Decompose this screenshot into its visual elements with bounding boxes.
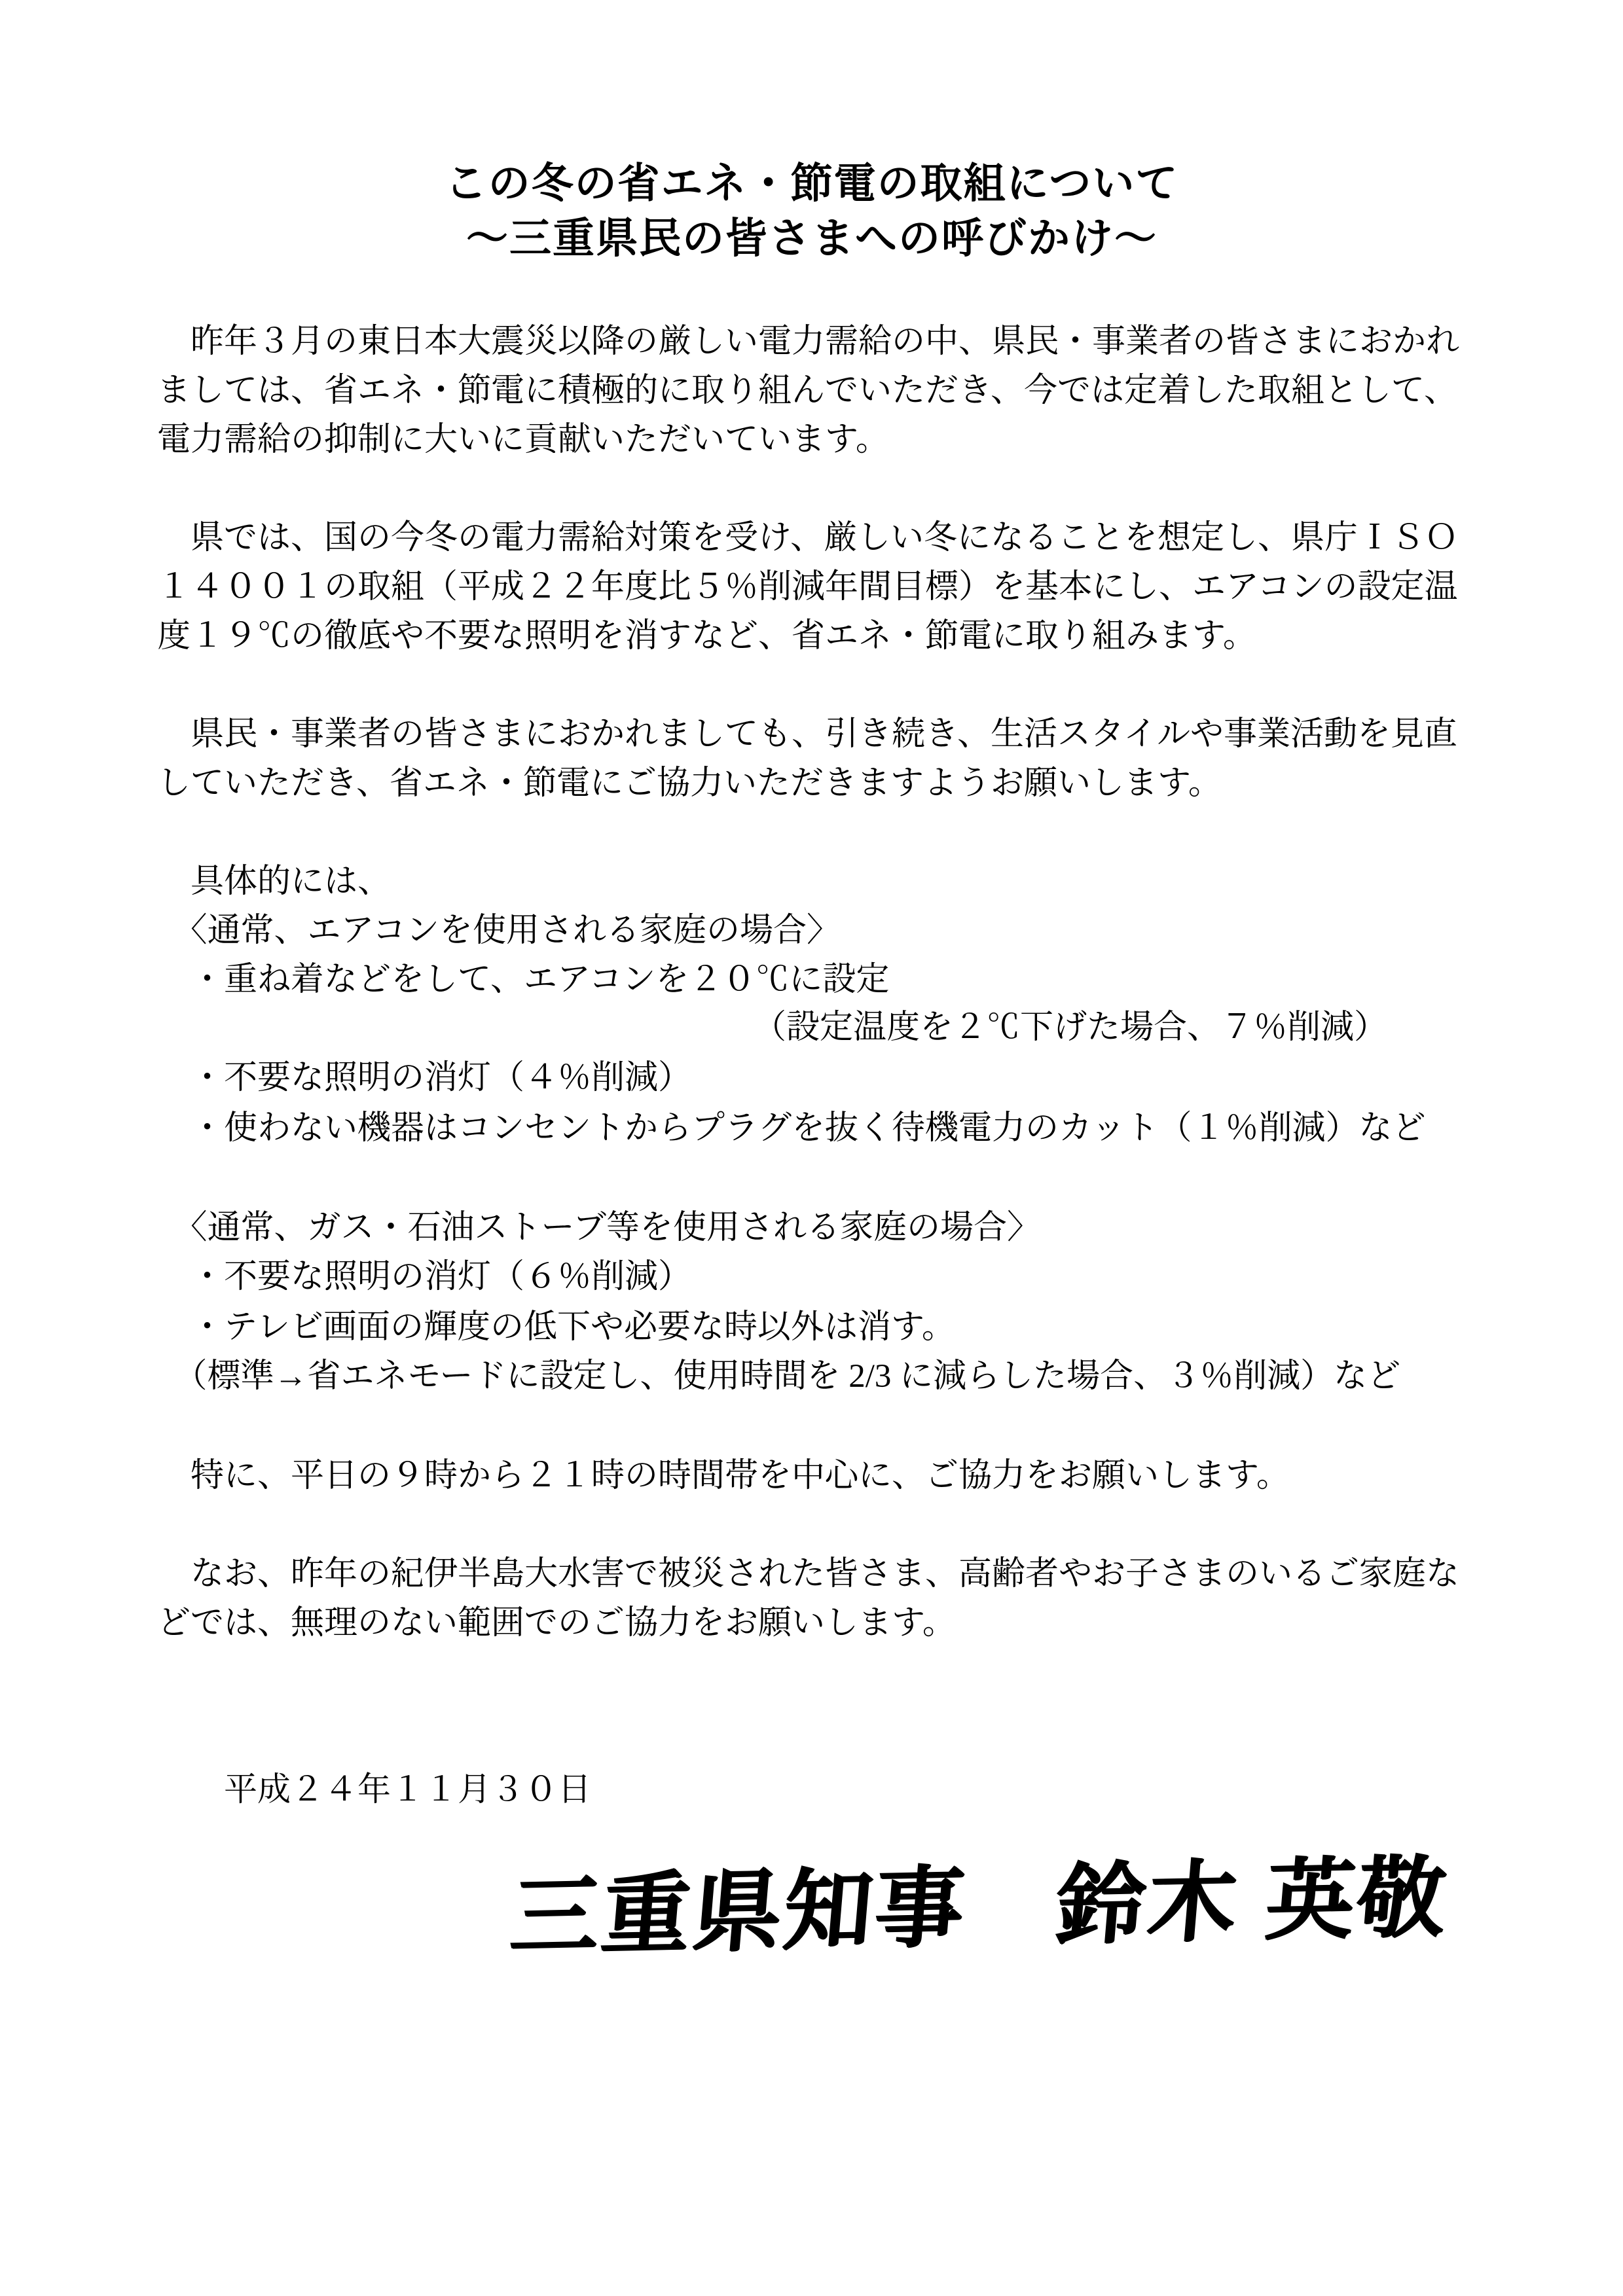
aircon-lights-note: （４％削減） (491, 1060, 691, 1096)
paragraph-consideration: なお、昨年の紀伊半島大水害で被災された皆さま、高齢者やお子さまのいるご家庭などで… (157, 1549, 1467, 1647)
paragraph-peak-hours: 特に、平日の９時から２１時の時間帯を中心に、ご協力をお願いします。 (157, 1450, 1467, 1499)
title-line-2: ～三重県民の皆さまへの呼びかけ～ (466, 215, 1158, 262)
document-body: 昨年３月の東日本大震災以降の厳しい電力需給の中、県民・事業者の皆さまにおかれまし… (157, 316, 1467, 1974)
stove-case-heading: 〈通常、ガス・石油ストーブ等を使用される家庭の場合〉 (157, 1202, 1467, 1251)
document-title: この冬の省エネ・節電の取組について ～三重県民の皆さまへの呼びかけ～ (157, 156, 1467, 266)
document-content: この冬の省エネ・節電の取組について ～三重県民の皆さまへの呼びかけ～ 昨年３月の… (157, 156, 1467, 1974)
stove-bullet-lights-text: ・不要な照明の消灯 (157, 1257, 491, 1295)
aircon-bullet-lights: ・不要な照明の消灯（４％削減） (157, 1052, 1467, 1103)
governor-signature: 三重県知事 鈴木 英敬 (506, 1839, 1471, 1974)
paragraph-cooperation-request: 県民・事業者の皆さまにおかれましても、引き続き、生活スタイルや事業活動を見直して… (157, 709, 1467, 807)
stove-tv-note-suffix: など (1334, 1357, 1400, 1394)
paragraph-intro: 昨年３月の東日本大震災以降の厳しい電力需給の中、県民・事業者の皆さまにおかれまし… (157, 316, 1467, 463)
stove-tv-note-line: （標準→省エネモードに設定し、使用時間を 2/3 に減らした場合、３％削減）など (157, 1351, 1467, 1401)
aircon-bullet-setting: ・重ね着などをして、エアコンを２０℃に設定 (157, 954, 1467, 1003)
document-page: この冬の省エネ・節電の取組について ～三重県民の皆さまへの呼びかけ～ 昨年３月の… (0, 0, 1623, 2296)
stove-lights-note: （６％削減） (491, 1259, 691, 1295)
aircon-bullet-standby-text: ・使わない機器はコンセントからプラグを抜く待機電力のカット (157, 1109, 1159, 1146)
document-date: 平成２４年１１月３０日 (157, 1765, 1467, 1814)
aircon-case-heading: 〈通常、エアコンを使用される家庭の場合〉 (157, 905, 1467, 954)
stove-bullet-lights: ・不要な照明の消灯（６％削減） (157, 1251, 1467, 1302)
aircon-bullet-lights-text: ・不要な照明の消灯 (157, 1058, 491, 1096)
stove-case-section: 〈通常、ガス・石油ストーブ等を使用される家庭の場合〉 ・不要な照明の消灯（６％削… (157, 1202, 1467, 1401)
specifics-lead: 具体的には、 (157, 856, 1467, 905)
paragraph-prefecture-efforts: 県では、国の今冬の電力需給対策を受け、厳しい冬になることを想定し、県庁ＩＳＯ１４… (157, 512, 1467, 660)
stove-tv-note: （標準→省エネモードに設定し、使用時間を 2/3 に減らした場合、３％削減） (157, 1358, 1334, 1395)
specifics-section: 具体的には、 〈通常、エアコンを使用される家庭の場合〉 ・重ね着などをして、エア… (157, 856, 1467, 1153)
aircon-standby-suffix: など (1359, 1109, 1426, 1146)
title-line-1: この冬の省エネ・節電の取組について (445, 160, 1179, 207)
aircon-bullet-standby: ・使わない機器はコンセントからプラグを抜く待機電力のカット（１％削減）など (157, 1103, 1467, 1153)
stove-bullet-tv: ・テレビ画面の輝度の低下や必要な時以外は消す。 (157, 1302, 1467, 1351)
aircon-setting-note: （設定温度を２℃下げた場合、７％削減） (157, 1003, 1467, 1052)
aircon-standby-note: （１％削減） (1159, 1110, 1359, 1147)
